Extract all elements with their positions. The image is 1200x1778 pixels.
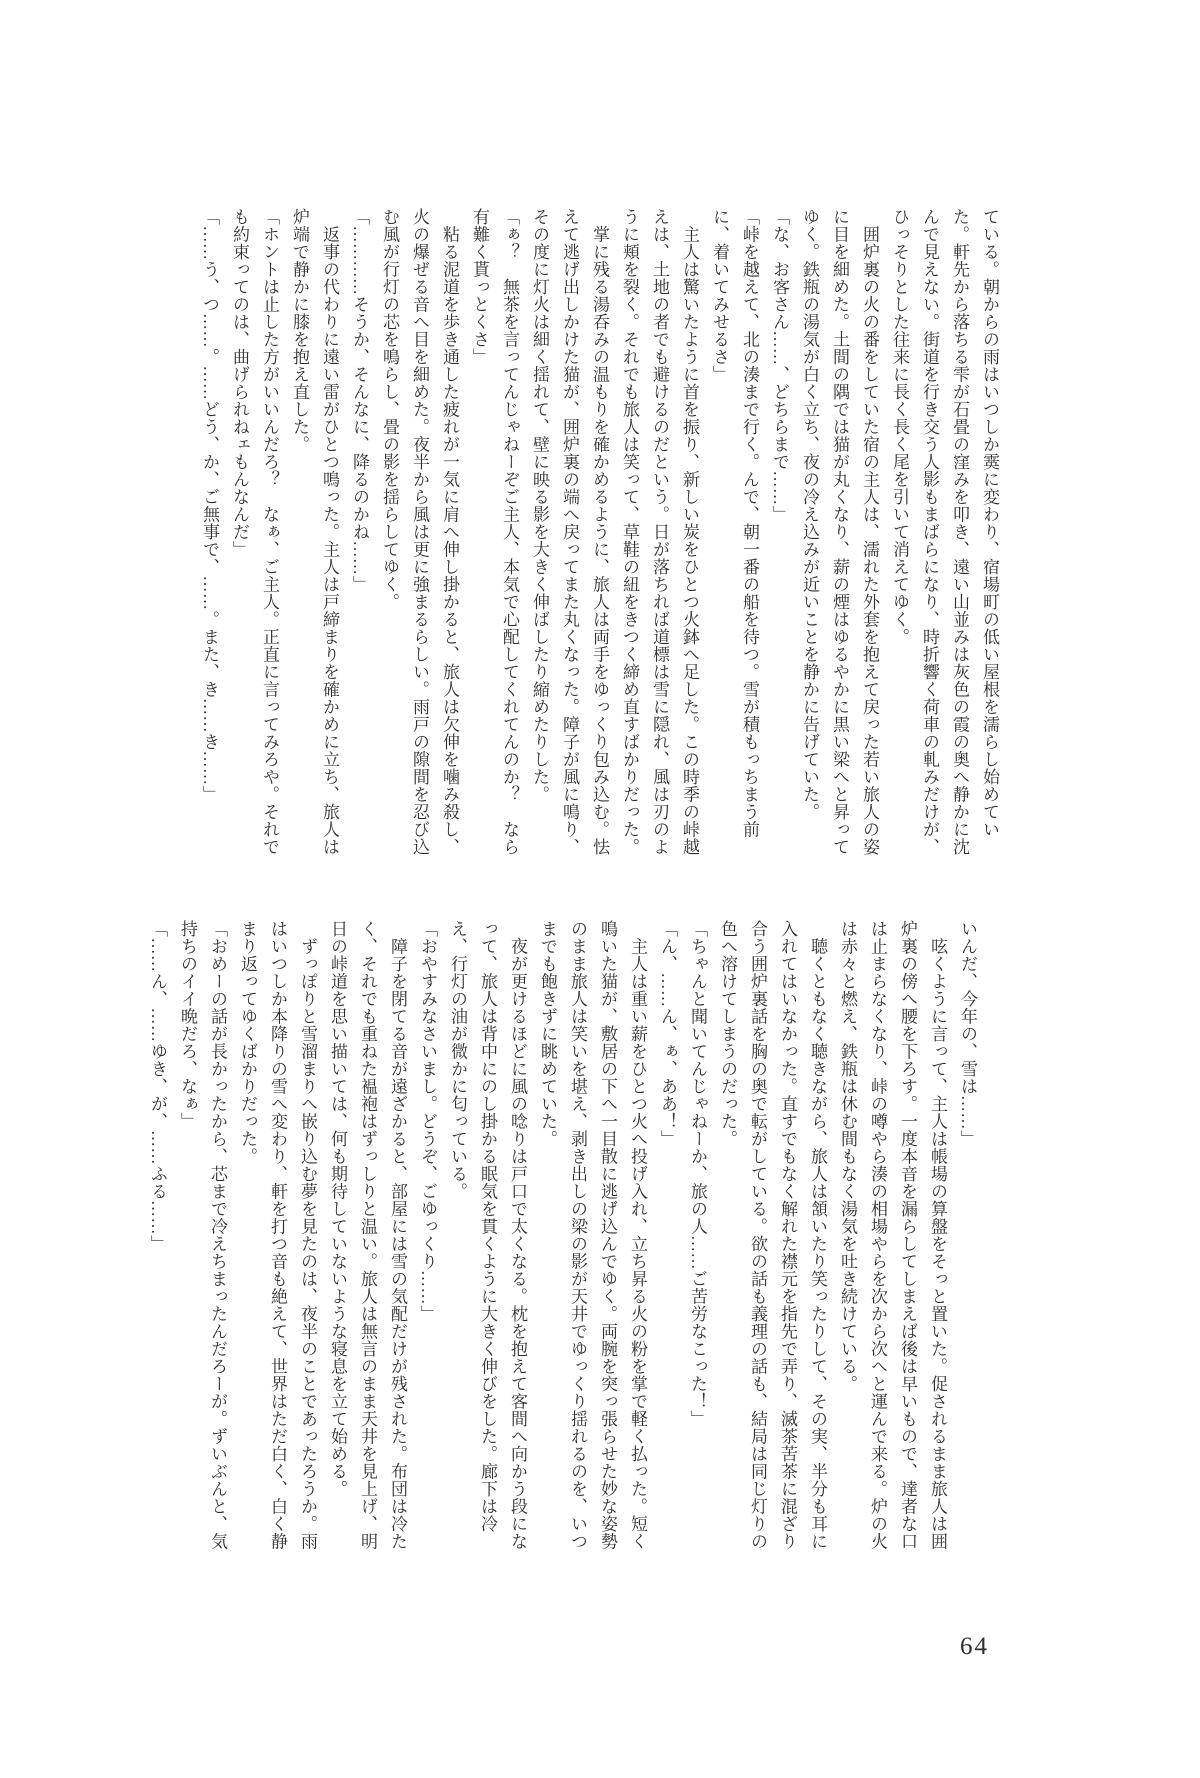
book-page: ている。朝からの雨はいつしか霙に変わり、宿場町の低い屋根を濡らし始めていた。軒先… bbox=[0, 0, 1200, 1778]
page-number: 64 bbox=[960, 1633, 989, 1661]
vertical-text-block-top: ている。朝からの雨はいつしか霙に変わり、宿場町の低い屋根を濡らし始めていた。軒先… bbox=[152, 208, 1004, 858]
vertical-text-block-bottom: いんだ、今年の、雪は……」 呟くように言って、主人は帳場の算盤をそっと置いた。促… bbox=[142, 920, 982, 1560]
